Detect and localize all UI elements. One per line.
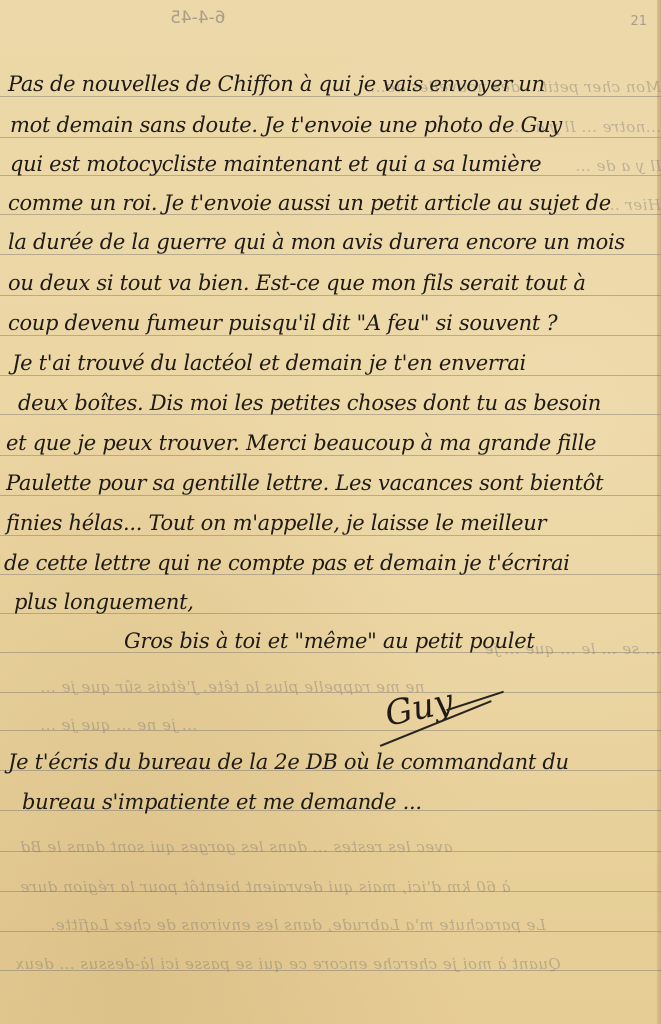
- show-through-line: Hier ...: [604, 196, 661, 214]
- show-through-line: Le parachute m'a Labrude, dans les envir…: [50, 916, 546, 934]
- postscript-line: Je t'écris du bureau de la 2e DB où le c…: [8, 752, 569, 773]
- show-through-line: Quant à moi je cherche encore ce qui se …: [15, 955, 561, 973]
- show-through-line: ne me rappelle plus la tête. J'étais sûr…: [40, 678, 425, 696]
- letter-line: finies hélas... Tout on m'appelle, je la…: [6, 513, 546, 534]
- show-through-line: ... je ne ... que je ...: [40, 716, 197, 734]
- ruled-line: [0, 96, 661, 97]
- ruled-line: [0, 295, 661, 296]
- letter-line: Pas de nouvelles de Chiffon à qui je vai…: [8, 74, 545, 95]
- letter-line: coup devenu fumeur puisqu'il dit "A feu"…: [8, 313, 557, 334]
- show-through-line: à 60 km d'ici, mais qui devraient bientô…: [20, 878, 511, 896]
- postscript-line: bureau s'impatiente et me demande ...: [22, 792, 422, 813]
- ruled-line: [0, 495, 661, 496]
- ruled-line: [0, 535, 661, 536]
- letter-line: et que je peux trouver. Merci beaucoup à…: [6, 433, 596, 454]
- ruled-line: [0, 137, 661, 138]
- show-through-line: avec les restes ... dans les gorges qui …: [20, 838, 453, 856]
- ruled-line: [0, 455, 661, 456]
- letter-line: ou deux si tout va bien. Est-ce que mon …: [8, 273, 586, 294]
- show-through-date: 6-4-45: [170, 8, 226, 28]
- letter-line: de cette lettre qui ne compte pas et dem…: [4, 553, 570, 574]
- letter-line: qui est motocycliste maintenant et qui a…: [10, 154, 541, 175]
- ruled-line: [0, 335, 661, 336]
- letter-line: mot demain sans doute. Je t'envoie une p…: [10, 115, 562, 136]
- closing-line: Gros bis à toi et "même" au petit poulet: [124, 631, 534, 652]
- ruled-line: [0, 254, 661, 255]
- letter-line: comme un roi. Je t'envoie aussi un petit…: [8, 193, 611, 214]
- letter-line: la durée de la guerre qui à mon avis dur…: [8, 232, 625, 253]
- letter-line: plus longuement,: [14, 592, 194, 613]
- letter-page: 6-4-45 21 Mon cher petit... des nouvelle…: [0, 0, 661, 1024]
- letter-line: Je t'ai trouvé du lactéol et demain je t…: [12, 353, 526, 374]
- show-through-line: Il y a de ...: [575, 157, 661, 175]
- letter-line: Paulette pour sa gentille lettre. Les va…: [6, 473, 603, 494]
- letter-line: deux boîtes. Dis moi les petites choses …: [18, 393, 601, 414]
- paper-edge: [657, 0, 661, 1024]
- page-number: 21: [630, 14, 647, 29]
- ruled-line: [0, 375, 661, 376]
